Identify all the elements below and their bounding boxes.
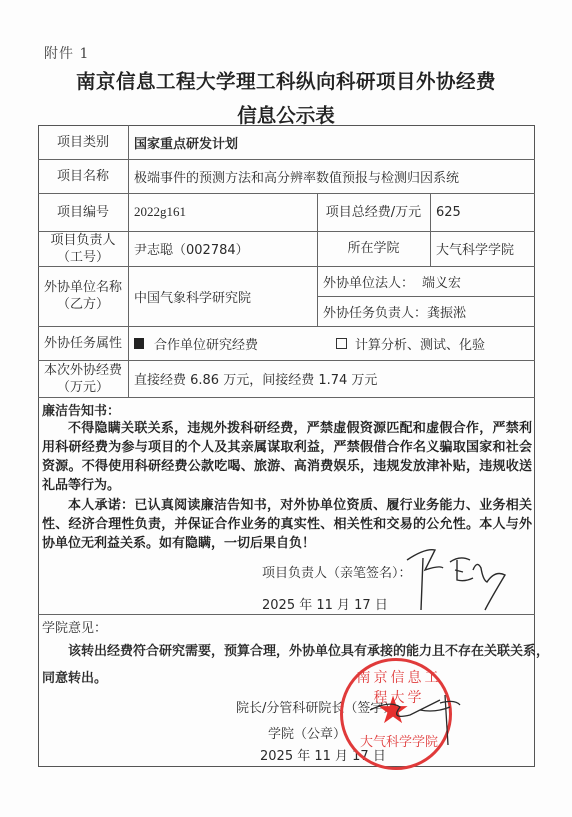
partner-task-leader-value: 龚振淞 bbox=[427, 302, 466, 321]
seal-label: 学院（公章） bbox=[268, 723, 346, 742]
partner-task-leader: 外协任务负责人： 龚振淞 bbox=[317, 296, 535, 326]
option-label: 合作单位研究经费 bbox=[154, 334, 258, 353]
project-name-label: 项目名称 bbox=[38, 159, 128, 193]
partner-unit-value: 中国气象科学研究院 bbox=[128, 266, 317, 326]
project-name-value: 极端事件的预测方法和高分辨率数值预报与检测归因系统 bbox=[128, 159, 535, 193]
dean-signature bbox=[360, 685, 470, 755]
checkbox-unchecked-icon[interactable] bbox=[336, 338, 347, 349]
integrity-notice-heading: 廉洁告知书： bbox=[42, 400, 120, 419]
partner-legal-person-value: 端义宏 bbox=[422, 272, 461, 291]
project-leader-label-line1: 项目负责人 bbox=[50, 232, 115, 249]
leader-signature bbox=[395, 540, 525, 630]
page-title: 南京信息工程大学理工科纵向科研项目外协经费 bbox=[0, 66, 572, 94]
project-category-value: 国家重点研发计划 bbox=[128, 125, 535, 159]
total-funding-label: 项目总经费/万元 bbox=[317, 193, 430, 231]
partner-legal-person-label: 外协单位法人： bbox=[323, 272, 414, 291]
partner-unit-label-line2: （乙方） bbox=[57, 296, 109, 313]
college-value: 大气科学学院 bbox=[430, 231, 535, 266]
this-funding-label: 本次外协经费 （万元） bbox=[38, 360, 128, 397]
task-attribute-label: 外协任务属性 bbox=[38, 326, 128, 360]
partner-legal-person: 外协单位法人： 端义宏 bbox=[317, 266, 535, 296]
project-category-label: 项目类别 bbox=[38, 125, 128, 159]
signature-label: 项目负责人（亲笔签名）： bbox=[262, 562, 412, 581]
this-funding-label-line2: （万元） bbox=[57, 379, 109, 396]
project-leader-value: 尹志聪（002784） bbox=[128, 231, 317, 266]
task-attribute-option-2[interactable]: 计算分析、测试、化验 bbox=[336, 326, 535, 360]
project-number-label: 项目编号 bbox=[38, 193, 128, 231]
project-leader-label-line2: （工号） bbox=[57, 249, 109, 266]
college-opinion-body-line1: 该转出经费符合研究需要，预算合理，外协单位具有承接的能力且不存在关联关系， bbox=[68, 640, 549, 659]
college-label: 所在学院 bbox=[317, 231, 430, 266]
this-funding-label-line1: 本次外协经费 bbox=[44, 362, 122, 379]
row-divider bbox=[38, 397, 535, 398]
project-number-value: 2022g161 bbox=[128, 193, 317, 231]
college-opinion-heading: 学院意见： bbox=[42, 617, 107, 636]
page-subtitle: 信息公示表 bbox=[0, 100, 572, 128]
partner-unit-label: 外协单位名称 （乙方） bbox=[38, 266, 128, 326]
attachment-label: 附件 1 bbox=[44, 43, 89, 63]
total-funding-value: 625 bbox=[430, 193, 535, 231]
task-attribute-option-1[interactable]: 合作单位研究经费 bbox=[128, 326, 328, 360]
option-label: 计算分析、测试、化验 bbox=[355, 334, 485, 353]
integrity-notice-body: 不得隐瞒关联关系，违规外拨科研经费，严禁虚假资源匹配和虚假合作，严禁利用科研经费… bbox=[42, 419, 532, 495]
partner-unit-label-line1: 外协单位名称 bbox=[44, 279, 122, 296]
this-funding-value: 直接经费 6.86 万元，间接经费 1.74 万元 bbox=[128, 360, 535, 397]
partner-task-leader-label: 外协任务负责人： bbox=[323, 302, 427, 321]
college-opinion-body-line2: 同意转出。 bbox=[42, 667, 107, 686]
checkbox-checked-icon[interactable] bbox=[134, 338, 144, 349]
commitment-date: 2025 年 11 月 17 日 bbox=[262, 594, 388, 613]
project-leader-label: 项目负责人 （工号） bbox=[38, 231, 128, 266]
